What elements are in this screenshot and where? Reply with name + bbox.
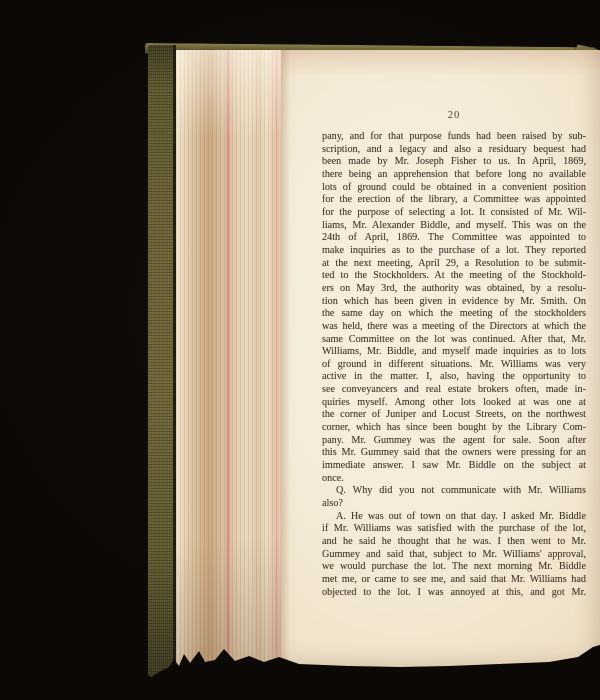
text-line: 24th of April, 1869. The Committee was a…: [322, 232, 586, 245]
text-line: been made by Mr. Joseph Fisher to us. In…: [322, 156, 586, 169]
text-line: objected to the lot. I was annoyed at th…: [322, 587, 586, 600]
text-line: met me, or came to see me, and said that…: [322, 574, 586, 587]
text-line: was held, there was a meeting of the Dir…: [322, 321, 586, 334]
text-line: Gummey and said that, subject to Mr. Wil…: [322, 549, 586, 562]
book-cover-spine-edge: [148, 45, 176, 678]
text-line: there being an apprehension that before …: [322, 169, 586, 182]
text-line: active in the matter. I, also, having th…: [322, 371, 586, 384]
text-line: see conveyancers and real estate brokers…: [322, 384, 586, 397]
text-line: scription, and a legacy and also a resid…: [322, 144, 586, 157]
text-line: of ground in different situations. Mr. W…: [322, 359, 586, 372]
text-line: this Mr. Gummey said that the owners wer…: [322, 447, 586, 460]
text-line: we would purchase the lot. The next morn…: [322, 561, 586, 574]
text-line: the same day on which the meeting of the…: [322, 308, 586, 321]
text-line: and he said he thought that he was. I th…: [322, 536, 586, 549]
text-line: quiries myself. Among other lots looked …: [322, 397, 586, 410]
text-block: pany, and for that purpose funds had bee…: [322, 131, 586, 599]
text-line: lots of ground could be obtained in a co…: [322, 182, 586, 195]
text-line: also?: [322, 498, 586, 511]
text-line: once.: [322, 473, 586, 486]
text-line: Q. Why did you not communicate with Mr. …: [322, 485, 586, 498]
text-line: corner, which has since been bought by t…: [322, 422, 586, 435]
text-line: the corner of Juniper and Locust Streets…: [322, 409, 586, 422]
book-page: 20 pany, and for that purpose funds had …: [281, 50, 600, 676]
scanned-book-photo: 20 pany, and for that purpose funds had …: [0, 0, 600, 700]
text-line: ted to the Stockholders. At the meeting …: [322, 270, 586, 283]
text-line: immediate answer. I saw Mr. Biddle on th…: [322, 460, 586, 473]
text-line: liams, Mr. Alexander Biddle, and myself.…: [322, 220, 586, 233]
text-line: Williams, Mr. Biddle, and myself made in…: [322, 346, 586, 359]
text-line: same Committee on the lot was continued.…: [322, 334, 586, 347]
text-line: tion which has been given in evidence by…: [322, 296, 586, 309]
text-line: for the erection of the library, a Commi…: [322, 194, 586, 207]
page-number: 20: [322, 110, 586, 121]
book: 20 pany, and for that purpose funds had …: [145, 42, 600, 682]
fanned-page-edges: [176, 50, 290, 674]
text-line: A. He was out of town on that day. I ask…: [322, 511, 586, 524]
text-line: for the purpose of selecting a lot. It c…: [322, 207, 586, 220]
text-line: at the next meeting, April 29, a Resolut…: [322, 258, 586, 271]
text-line: if Mr. Williams was satisfied with the p…: [322, 523, 586, 536]
text-line: ers on May 3rd, the authority was obtain…: [322, 283, 586, 296]
text-line: make inquiries as to the purchase of a l…: [322, 245, 586, 258]
text-line: pany. Mr. Gummey was the agent for sale.…: [322, 435, 586, 448]
text-line: pany, and for that purpose funds had bee…: [322, 131, 586, 144]
